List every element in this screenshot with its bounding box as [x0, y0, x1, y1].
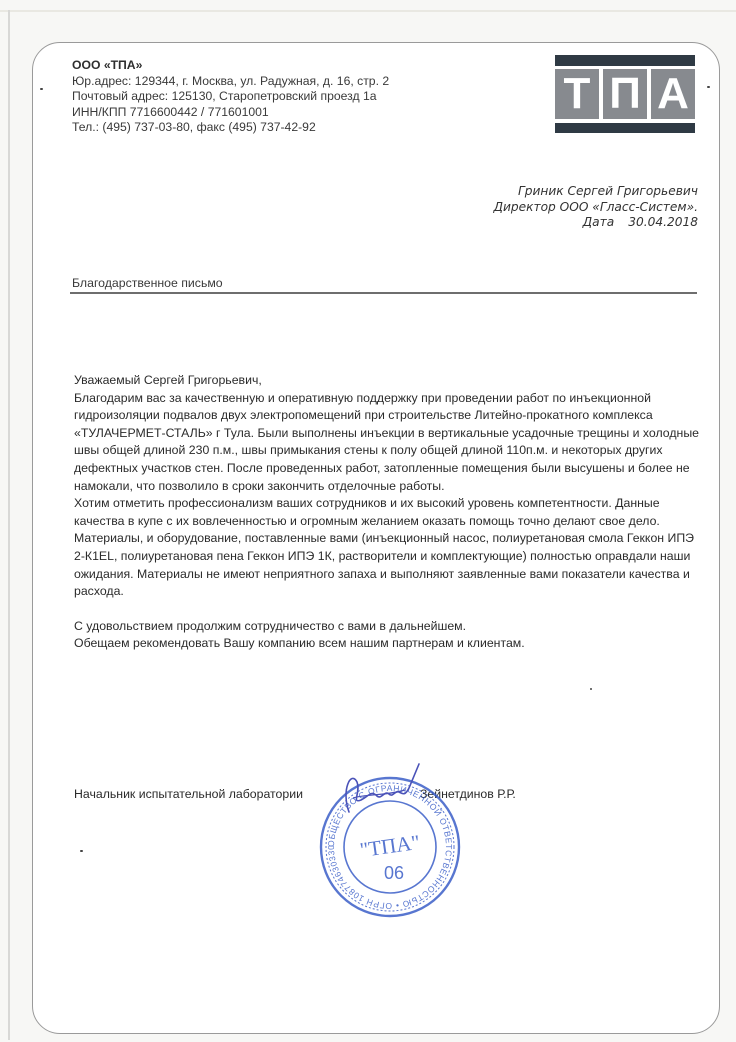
- inn-kpp: ИНН/КПП 7716600442 / 771601001: [72, 105, 389, 121]
- logo-letter: А: [651, 69, 695, 119]
- scan-edge-top: [0, 10, 736, 12]
- greeting: Уважаемый Сергей Григорьевич,: [74, 372, 704, 390]
- scan-speck: [80, 850, 83, 852]
- scan-edge-left: [8, 10, 10, 1040]
- handwritten-signature: [335, 760, 425, 820]
- body-paragraph: Материалы, и оборудование, поставленные …: [74, 530, 704, 600]
- signatory-title: Начальник испытательной лаборатории: [74, 787, 303, 801]
- scan-speck: [40, 88, 43, 90]
- closing-line: С удовольствием продолжим сотрудничество…: [74, 618, 704, 636]
- logo-bar-top: [555, 55, 695, 66]
- body-paragraph: Хотим отметить профессионализм ваших сот…: [74, 495, 704, 530]
- letter-body: Уважаемый Сергей Григорьевич, Благодарим…: [74, 372, 704, 653]
- letter-date: Дата30.04.2018: [493, 215, 698, 231]
- scan-speck: [707, 86, 710, 88]
- date-label: Дата: [583, 215, 615, 229]
- scan-speck: [590, 688, 592, 690]
- logo-bar-bottom: [555, 123, 695, 133]
- letter-subject: Благодарственное письмо: [72, 276, 223, 290]
- postal-address: Почтовый адрес: 125130, Старопетровский …: [72, 89, 389, 105]
- company-logo: Т П А: [555, 55, 695, 127]
- body-paragraph: Благодарим вас за качественную и операти…: [74, 390, 704, 496]
- phones: Тел.: (495) 737-03-80, факс (495) 737-42…: [72, 120, 389, 136]
- stamp-center-text: "ТПА": [358, 830, 421, 862]
- logo-cells: Т П А: [555, 69, 695, 119]
- logo-letter: Т: [555, 69, 599, 119]
- closing-line: Обещаем рекомендовать Вашу компанию всем…: [74, 635, 704, 653]
- legal-address: Юр.адрес: 129344, г. Москва, ул. Радужна…: [72, 74, 389, 90]
- addressee-block: Гриник Сергей Григорьевич Директор ООО «…: [493, 184, 698, 231]
- company-name: ООО «ТПА»: [72, 58, 389, 74]
- letterhead: ООО «ТПА» Юр.адрес: 129344, г. Москва, у…: [72, 58, 389, 136]
- subject-underline: [70, 292, 697, 294]
- stamp-number: 06: [384, 863, 404, 883]
- addressee-name: Гриник Сергей Григорьевич: [493, 184, 698, 200]
- addressee-position: Директор ООО «Гласс-Систем».: [493, 200, 698, 216]
- logo-letter: П: [603, 69, 647, 119]
- date-value: 30.04.2018: [628, 215, 698, 229]
